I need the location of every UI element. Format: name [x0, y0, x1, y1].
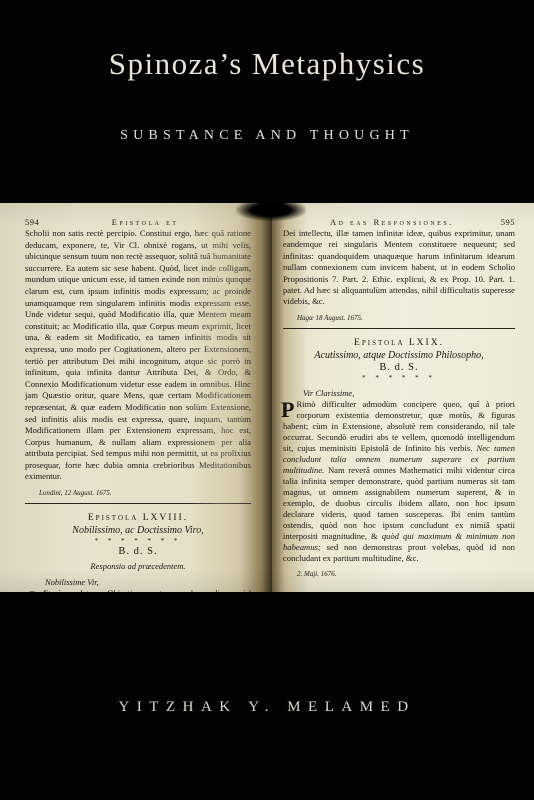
left-dateline: Londini, 12 August. 1675. [39, 489, 251, 497]
book-title: Spinoza’s Metaphysics [0, 46, 534, 82]
epistola-recipient: B. d. S. [25, 546, 251, 557]
left-page: 594 Epistola et Scholii non satis rectè … [0, 203, 272, 592]
left-page-number: 594 [25, 217, 39, 227]
right-page-number: 595 [501, 217, 515, 227]
letter-opening: CÆterùm, ad tuam Objectionem ut responde… [25, 588, 251, 592]
book-subtitle: SUBSTANCE AND THOUGHT [0, 128, 534, 144]
drop-cap: P [281, 401, 294, 419]
right-page: Ad eas Responsiones. 595 Dei intellectu,… [272, 203, 534, 592]
epistola-heading: Epistola LXVIII. [25, 513, 251, 523]
ornament-stars: * * * * * * [283, 374, 515, 382]
salutation: Vir Clarissime, [303, 388, 515, 398]
left-running-head: 594 Epistola et [25, 217, 251, 227]
ornament-stars: * * * * * * * [25, 537, 251, 545]
left-running-title: Epistola et [39, 217, 251, 227]
right-body-text: Dei intellectu, illæ tamen infinitæ ideæ… [283, 228, 515, 308]
epistola-heading: Epistola LXIX. [283, 338, 515, 348]
book-cover: Spinoza’s Metaphysics SUBSTANCE AND THOU… [0, 0, 534, 800]
section-rule [283, 328, 515, 329]
epistola-recipient: B. d. S. [283, 362, 515, 373]
left-body-text: Scholii non satis rectè percipio. Consti… [25, 228, 251, 483]
response-note: Responsio ad præcedentem. [25, 561, 251, 571]
section-rule [25, 503, 251, 504]
letter-text: Nam reverâ omnes Mathematici mihi vident… [283, 465, 515, 541]
letter-opening-text: Æterùm, ad tuam Objectionem ut respondea… [25, 588, 251, 592]
salutation: Nobilissime Vir, [45, 577, 251, 587]
letter-dateline: 2. Maji. 1676. [297, 570, 515, 578]
right-running-head: Ad eas Responsiones. 595 [283, 217, 515, 227]
epistola-dedication: Acutissimo, atque Doctissimo Philosopho, [283, 350, 515, 361]
right-dateline: Hagæ 18 August. 1675. [297, 314, 515, 322]
letter-body: PRimò difficulter admodùm concipere queo… [283, 399, 515, 564]
gutter-shadow [236, 203, 306, 221]
drop-cap: C [23, 590, 39, 592]
right-running-title: Ad eas Responsiones. [283, 217, 501, 227]
author-name: YITZHAK Y. MELAMED [0, 699, 534, 716]
open-book-photo: 594 Epistola et Scholii non satis rectè … [0, 203, 534, 592]
epistola-dedication: Nobilissimo, ac Doctissimo Viro, [25, 525, 251, 536]
